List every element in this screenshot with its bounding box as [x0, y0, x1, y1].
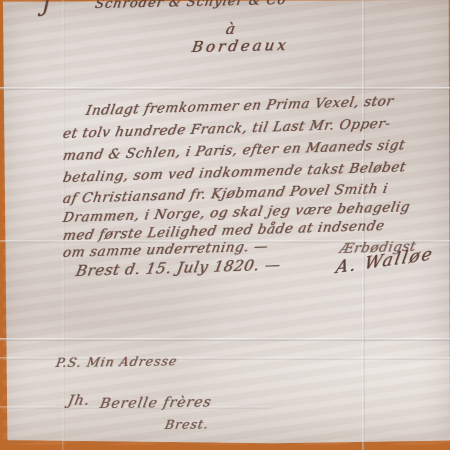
address-block-initials: Jh.	[67, 393, 92, 409]
postscript-line: P.S. Min Adresse	[55, 353, 179, 370]
letter-photo: { "document": { "kind": "handwritten-let…	[0, 0, 450, 450]
header-flourish: J	[41, 0, 51, 17]
address-block-name: Berelle frères	[99, 394, 213, 412]
addressee-city: Bordeaux	[191, 36, 291, 56]
address-block-city: Brest.	[164, 416, 211, 432]
